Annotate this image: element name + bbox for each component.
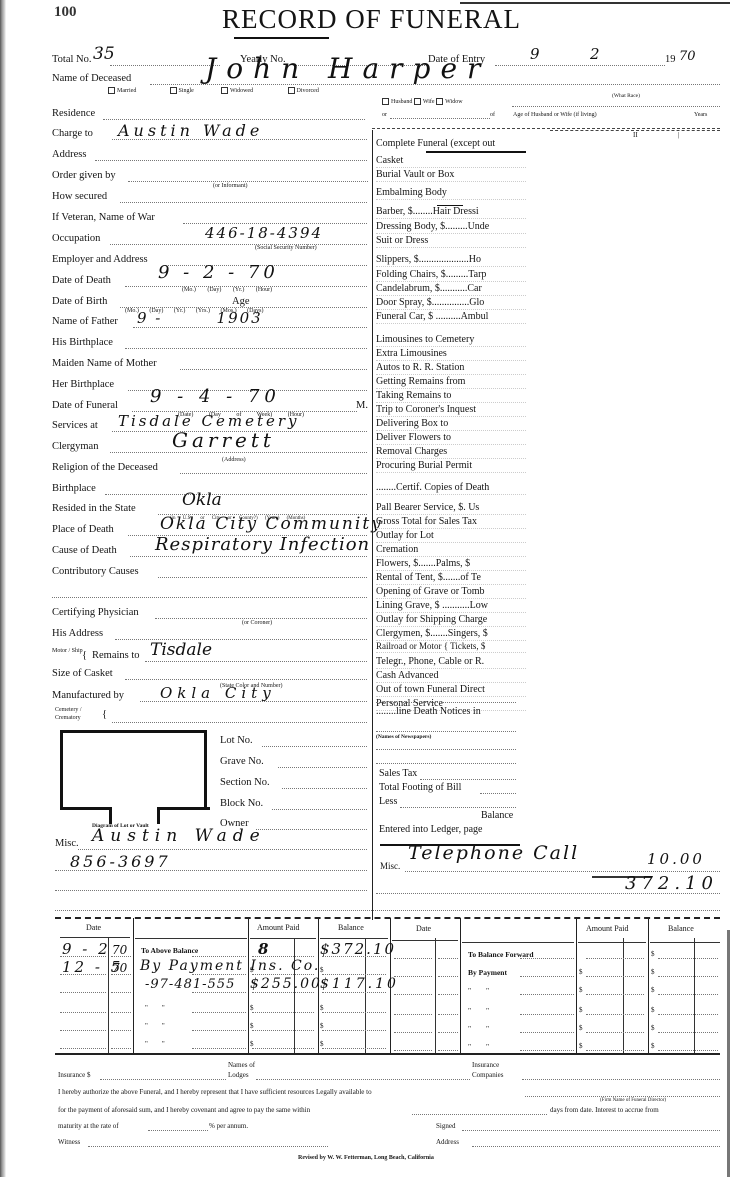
- witness-field[interactable]: [88, 1146, 328, 1147]
- days-field[interactable]: [412, 1114, 547, 1115]
- date-of-death-value: 9 - 2 - 70: [158, 262, 279, 283]
- ledger-balance: $: [320, 1040, 324, 1048]
- ledger-right-date-header: Date: [416, 924, 431, 933]
- his-birthplace-label: His Birthplace: [52, 337, 113, 349]
- date-of-funeral-value: 9 - 4 - 70: [150, 386, 281, 407]
- cause-of-death-field[interactable]: [130, 556, 367, 557]
- newspapers-sublabel: (Names of Newspapers): [376, 734, 431, 740]
- ledger-right-date-field[interactable]: [394, 994, 432, 995]
- ledger-right-desc-field[interactable]: [520, 1032, 574, 1033]
- charge-item-field[interactable]: [376, 682, 526, 683]
- ledger-date-field[interactable]: [60, 1048, 106, 1049]
- date-of-birth-label: Date of Birth: [52, 296, 107, 308]
- charge-item: Dressing Body, $.........Unde: [376, 221, 489, 233]
- lot-diagram-edge: [109, 807, 112, 824]
- ledger-page-label: Entered into Ledger, page: [379, 824, 482, 836]
- dotted-line: [495, 65, 665, 66]
- separator: [372, 128, 720, 129]
- firm-name-sublabel: (Firm Name of Funeral Director): [600, 1098, 666, 1103]
- ledger-col-line: [133, 918, 134, 1053]
- what-race-label: (What Race): [612, 93, 640, 99]
- charge-item: Flowers, $.......Palms, $: [376, 558, 470, 570]
- ledger-col-line: [576, 918, 577, 1053]
- ledger-right-desc-field[interactable]: [520, 1050, 574, 1051]
- ledger-right-desc-field[interactable]: [520, 1014, 574, 1015]
- ledger-right-year-field[interactable]: [438, 958, 458, 959]
- ledger-right-desc: " ": [468, 986, 489, 995]
- charge-item: Cash Advanced: [376, 670, 439, 682]
- remains-to-field[interactable]: [145, 661, 367, 662]
- size-of-casket-label: Size of Casket: [52, 668, 113, 680]
- charge-item: Removal Charges: [376, 446, 447, 458]
- charge-item-field[interactable]: [376, 309, 526, 310]
- charge-item-field[interactable]: [376, 668, 526, 669]
- ledger-right-date-field[interactable]: [394, 976, 432, 977]
- address-label: Address: [52, 149, 86, 161]
- charge-item-field[interactable]: [376, 570, 526, 571]
- ledger-col-line: [460, 918, 461, 1053]
- misc-right-field[interactable]: [405, 871, 720, 872]
- ledger-right-paid: $: [579, 1006, 583, 1014]
- charge-item: Out of town Funeral Direct: [376, 684, 485, 696]
- total-footing-label: Total Footing of Bill: [379, 782, 461, 794]
- balance-label: Balance: [481, 810, 516, 822]
- witness-label: Witness: [58, 1138, 80, 1146]
- charge-item-field[interactable]: [376, 247, 526, 248]
- residence-field: [103, 119, 365, 120]
- ledger-right-balance: $: [651, 950, 655, 958]
- ledger-desc: " ": [145, 1004, 165, 1012]
- ledger-right-desc: " ": [468, 1006, 489, 1015]
- informant-sublabel: (or Informant): [213, 183, 248, 189]
- spouse-options: Husband Wife Widow: [382, 98, 463, 105]
- sales-tax-label: Sales Tax: [379, 768, 417, 780]
- section-no-field[interactable]: [282, 788, 367, 789]
- ledger-right-balance-field[interactable]: [658, 1050, 718, 1051]
- ledger-balance: $: [320, 966, 324, 974]
- ledger-col-line: [435, 938, 436, 1053]
- ledger-right-paid-field[interactable]: [586, 958, 644, 959]
- charge-item-field[interactable]: [376, 494, 526, 495]
- date-of-entry-year[interactable]: 70: [679, 49, 696, 64]
- maturity-text: maturity at the rate of: [58, 1122, 119, 1130]
- years-label: Years: [694, 112, 707, 118]
- birthplace-field[interactable]: [105, 494, 367, 495]
- charge-item: Extra Limousines: [376, 348, 447, 360]
- clergyman-field[interactable]: [110, 452, 367, 453]
- ledger-right-paid: $: [579, 1024, 583, 1032]
- total-no-value[interactable]: 35: [93, 44, 115, 64]
- charge-item: Delivering Box to: [376, 418, 448, 430]
- scan-edge: [0, 0, 6, 1177]
- checkbox-wife[interactable]: Wife: [414, 99, 435, 105]
- lodges-field[interactable]: [256, 1079, 470, 1080]
- address-field[interactable]: [95, 160, 367, 161]
- clergyman-value: Garrett: [172, 428, 275, 452]
- ledger-right-date-field[interactable]: [394, 958, 432, 959]
- charge-item-field[interactable]: [376, 556, 526, 557]
- ledger-year-field[interactable]: [111, 1030, 131, 1031]
- charge-item: Gross Total for Sales Tax: [376, 516, 477, 528]
- ledger-right-paid-field[interactable]: [586, 1032, 644, 1033]
- itemized-charges: Complete Funeral (except outCasketBurial…: [376, 138, 526, 728]
- lot-no-label: Lot No.: [220, 735, 253, 747]
- ledger-right-paid-field[interactable]: [586, 976, 644, 977]
- charge-item: Outlay for Lot: [376, 530, 434, 542]
- total-no-label: Total No.: [52, 54, 92, 66]
- ledger-date: 9 - 2: [62, 940, 111, 958]
- companies-label: Companies: [472, 1071, 504, 1079]
- charge-item-field[interactable]: [376, 612, 526, 613]
- charge-item: Clergymen, $.......Singers, $: [376, 628, 488, 640]
- ledger-right-year-field[interactable]: [438, 1014, 458, 1015]
- companies-field[interactable]: [522, 1079, 720, 1080]
- dotted-line: [390, 118, 490, 119]
- ledger-desc-field[interactable]: [192, 1048, 246, 1049]
- newspapers-field[interactable]: [376, 731, 516, 732]
- ledger-head-rule: [462, 942, 574, 943]
- checkbox-single[interactable]: Single: [170, 87, 220, 94]
- footer-address-field[interactable]: [472, 1146, 720, 1147]
- ledger-paid-field[interactable]: [252, 974, 314, 975]
- ledger-bottom-rule: [55, 1053, 720, 1055]
- tick-mark: II: [633, 131, 638, 139]
- charge-item: Pall Bearer Service, $. Us: [376, 502, 479, 514]
- ledger-date-header: Date: [86, 923, 101, 932]
- misc-field[interactable]: [78, 849, 367, 850]
- date-of-entry-day[interactable]: 2: [590, 45, 600, 63]
- lot-diagram-edge: [157, 807, 210, 810]
- ledger-right-balance-header: Balance: [668, 924, 694, 933]
- death-notices-dots[interactable]: [376, 702, 516, 703]
- charge-item: Telegr., Phone, Cable or R.: [376, 656, 484, 668]
- charge-item: Casket: [376, 155, 403, 167]
- ledger-right-balance-field[interactable]: [658, 958, 718, 959]
- date-of-death-label: Date of Death: [52, 275, 111, 287]
- misc-label: Misc.: [55, 838, 79, 850]
- ledger-right-desc: " ": [468, 1024, 489, 1033]
- ledger-right-year-field[interactable]: [438, 1032, 458, 1033]
- year-prefix: 19: [665, 54, 676, 66]
- charge-item-field[interactable]: [376, 346, 526, 347]
- charge-item: Autos to R. R. Station: [376, 362, 464, 374]
- ledger-right-balance-field[interactable]: [658, 994, 718, 995]
- ledger-right-paid-field[interactable]: [586, 1014, 644, 1015]
- sales-tax-field[interactable]: [420, 779, 516, 780]
- misc-right-value: Telephone Call: [408, 842, 579, 864]
- ledger-right-balance: $: [651, 1042, 655, 1050]
- ledger-right-desc-field[interactable]: [520, 994, 574, 995]
- ledger-paid: $: [250, 1022, 254, 1030]
- ledger-desc-field[interactable]: [192, 974, 246, 975]
- ledger-right-balance-field[interactable]: [658, 1032, 718, 1033]
- charge-item-field[interactable]: [376, 374, 526, 375]
- ledger-right-balance: $: [651, 1006, 655, 1014]
- ledger-right-paid-field[interactable]: [586, 1050, 644, 1051]
- payment-text: for the payment of aforesaid sum, and I …: [58, 1106, 310, 1114]
- charge-item-field[interactable]: [376, 199, 526, 200]
- ledger-col-line: [648, 918, 649, 1053]
- block-no-field[interactable]: [272, 809, 367, 810]
- charge-item: Lining Grave, $ ...........Low: [376, 600, 488, 612]
- ledger-paid-field[interactable]: [252, 1012, 314, 1013]
- ledger-paid: $: [250, 966, 254, 974]
- charge-item-field[interactable]: [376, 458, 526, 459]
- lot-no-field[interactable]: [262, 746, 367, 747]
- charge-item-field[interactable]: [376, 444, 526, 445]
- charge-item-field[interactable]: [376, 472, 526, 473]
- name-of-deceased-value[interactable]: John Harper: [205, 52, 490, 85]
- remains-to-label: Remains to: [92, 650, 140, 662]
- religion-label: Religion of the Deceased: [52, 462, 158, 474]
- charge-item-field[interactable]: [376, 528, 526, 529]
- ledger-balance-field[interactable]: [322, 992, 386, 993]
- newspapers-field-3[interactable]: [376, 763, 516, 764]
- lot-diagram-edge: [60, 807, 112, 810]
- grand-total: 372.10: [625, 873, 718, 894]
- charge-item-field[interactable]: [376, 402, 526, 403]
- ledger-balance-field[interactable]: [322, 974, 386, 975]
- ledger-date-field[interactable]: [60, 1012, 106, 1013]
- less-field[interactable]: [400, 807, 516, 808]
- ledger-right-desc: " ": [468, 1042, 489, 1051]
- ledger-right-paid: $: [579, 968, 583, 976]
- ledger-balance-field[interactable]: [322, 1030, 386, 1031]
- ledger-balance-field[interactable]: [322, 1012, 386, 1013]
- authorization-text: I hereby authorize the above Funeral, an…: [58, 1088, 372, 1096]
- death-notices-label: ........line Death Notices in: [376, 706, 481, 718]
- ledger-date-field[interactable]: [60, 1030, 106, 1031]
- ledger-head-rule: [250, 938, 316, 939]
- charge-item-field[interactable]: [376, 696, 526, 697]
- mother-name-field[interactable]: [180, 369, 367, 370]
- brace: {: [102, 709, 107, 721]
- charge-item-field[interactable]: [376, 584, 526, 585]
- charge-item: Slippers, $....................Ho: [376, 254, 481, 266]
- ledger-balance-header: Balance: [338, 923, 364, 932]
- title-underline: [234, 37, 329, 39]
- misc-name-value: Austin Wade: [92, 826, 266, 846]
- father-name-field[interactable]: [133, 327, 367, 328]
- misc-field-3[interactable]: [55, 890, 367, 891]
- ledger-balance: $372.10: [320, 940, 396, 958]
- ledger-right-paid: $: [579, 1042, 583, 1050]
- charge-item-field[interactable]: [376, 218, 526, 219]
- interest-rate-field[interactable]: [148, 1130, 208, 1131]
- date-of-entry-month[interactable]: 9: [530, 45, 540, 63]
- ledger-desc: By Payment Ins. Co.: [140, 958, 320, 974]
- ledger-right-desc-field[interactable]: [520, 958, 574, 959]
- firm-name-field[interactable]: [525, 1096, 720, 1097]
- ledger-right-date-field[interactable]: [394, 1032, 432, 1033]
- ledger-date-field[interactable]: [60, 992, 106, 993]
- grave-no-label: Grave No.: [220, 756, 264, 768]
- ledger-head-rule: [392, 940, 458, 941]
- meridian-label: M.: [356, 400, 368, 412]
- charge-item: Folding Chairs, $.........Tarp: [376, 269, 486, 281]
- ledger-right-date-field[interactable]: [394, 1014, 432, 1015]
- charge-item-field[interactable]: [376, 360, 526, 361]
- ledger-balance: $117.10: [320, 976, 399, 992]
- charge-item-field[interactable]: [376, 323, 526, 324]
- ledger-right-paid-field[interactable]: [586, 994, 644, 995]
- newspapers-field-2[interactable]: [376, 749, 516, 750]
- charge-item-field[interactable]: [376, 266, 526, 267]
- ledger-right-desc-field[interactable]: [520, 976, 574, 977]
- date-of-funeral-label: Date of Funeral: [52, 400, 118, 412]
- his-address-label: His Address: [52, 628, 103, 640]
- lot-diagram-edge: [157, 807, 160, 824]
- ledger-head-rule: [650, 942, 720, 943]
- charge-item-field[interactable]: [376, 295, 526, 296]
- occupation-label: Occupation: [52, 233, 100, 245]
- cause-of-death-value: Respiratory Infection: [155, 534, 370, 555]
- charge-item: Embalming Body: [376, 187, 447, 199]
- veteran-war-label: If Veteran, Name of War: [52, 212, 155, 224]
- ledger-right-balance-field[interactable]: [658, 976, 718, 977]
- ledger-balance-field[interactable]: [322, 1048, 386, 1049]
- ledger-right-balance-field[interactable]: [658, 1014, 718, 1015]
- misc-field-4[interactable]: [55, 910, 720, 911]
- ledger-desc-field[interactable]: [192, 1012, 246, 1013]
- charge-item-field[interactable]: [376, 181, 526, 182]
- charge-item-field[interactable]: [376, 416, 526, 417]
- charge-item-field[interactable]: [376, 167, 526, 168]
- checkbox-widow[interactable]: Widow: [436, 99, 462, 105]
- insurance-field[interactable]: [100, 1079, 226, 1080]
- charge-item: Opening of Grave or Tomb: [376, 586, 485, 598]
- order-given-by-field[interactable]: [128, 181, 368, 182]
- ledger-year: 70: [112, 943, 127, 957]
- checkbox-widowed[interactable]: Widowed: [221, 87, 286, 94]
- form-credit: Revised by W. W. Fetterman, Long Beach, …: [298, 1155, 434, 1161]
- less-label: Less: [379, 796, 397, 808]
- ledger-right-year-field[interactable]: [438, 1050, 458, 1051]
- charge-item-field[interactable]: [376, 233, 526, 234]
- dotted-line: [512, 106, 720, 107]
- grave-no-field[interactable]: [278, 767, 367, 768]
- signature-field[interactable]: [462, 1130, 720, 1131]
- charge-item-field[interactable]: [376, 626, 526, 627]
- charge-item-field[interactable]: [376, 652, 526, 653]
- ledger-right-year-field[interactable]: [438, 976, 458, 977]
- ledger-head-rule: [320, 938, 388, 939]
- residence-label: Residence: [52, 108, 95, 120]
- charge-item: Procuring Burial Permit: [376, 460, 472, 472]
- ledger-paid-mark: 8: [258, 940, 268, 958]
- resided-in-state-label: Resided in the State: [52, 503, 136, 515]
- charge-item-field[interactable]: [376, 598, 526, 599]
- of-label: of: [490, 112, 495, 118]
- ledger-balance: $: [320, 1004, 324, 1012]
- cemetery-crematory-label: Cemetery / Crematory: [55, 706, 95, 722]
- manufactured-by-label: Manufactured by: [52, 690, 124, 702]
- contributory-causes-field[interactable]: [158, 577, 367, 578]
- size-of-casket-field[interactable]: [125, 679, 367, 680]
- charge-item: Suit or Dress: [376, 235, 428, 247]
- charge-item-field[interactable]: [376, 430, 526, 431]
- coroner-sublabel: (or Coroner): [242, 620, 272, 626]
- birthplace-label: Birthplace: [52, 483, 96, 495]
- how-secured-label: How secured: [52, 191, 107, 203]
- clergy-address-sublabel: (Address): [222, 457, 246, 463]
- total-footing-field[interactable]: [480, 793, 516, 794]
- ledger-col-line: [248, 918, 249, 1053]
- ledger-right-balance: $: [651, 986, 655, 994]
- contributory-causes-field-2[interactable]: [52, 597, 367, 598]
- ledger-right-balance: $: [651, 968, 655, 976]
- ledger-paid-field[interactable]: [252, 1030, 314, 1031]
- mother-name-label: Maiden Name of Mother: [52, 358, 157, 370]
- remains-to-value: Tisdale: [150, 640, 212, 660]
- checkbox-married[interactable]: Married: [108, 87, 168, 94]
- ledger-right-year-field[interactable]: [438, 994, 458, 995]
- religion-field[interactable]: [180, 473, 367, 474]
- checkbox-divorced[interactable]: Divorced: [288, 87, 348, 94]
- ledger-desc: -97-481-555: [145, 977, 235, 992]
- his-birthplace-field[interactable]: [125, 348, 367, 349]
- cemetery-field[interactable]: [112, 722, 367, 723]
- charge-item-field[interactable]: [376, 281, 526, 282]
- ssn-sublabel: (Social Security Number): [255, 245, 317, 251]
- misc-phone-value: 856-3697: [70, 852, 171, 871]
- charge-item: Deliver Flowers to: [376, 432, 451, 444]
- footer-address-label: Address: [436, 1138, 459, 1146]
- tick-mark: |: [678, 131, 679, 139]
- days-text: days from date. Interest to accrue from: [550, 1106, 659, 1114]
- ledger-right-desc: By Payment: [468, 968, 507, 977]
- ledger-top-rule: [55, 917, 720, 919]
- charge-item: Cremation: [376, 544, 418, 556]
- ledger-paid-field[interactable]: [252, 1048, 314, 1049]
- brace: {: [82, 650, 87, 662]
- ledger-desc-field[interactable]: [192, 1030, 246, 1031]
- clergyman-label: Clergyman: [52, 441, 98, 453]
- ledger-paid-field[interactable]: [252, 992, 314, 993]
- ledger-desc-field[interactable]: [192, 992, 246, 993]
- ledger-year: 70: [112, 961, 127, 975]
- employer-label: Employer and Address: [52, 254, 148, 266]
- ledger-year-field[interactable]: [111, 1048, 131, 1049]
- charge-item: Rental of Tent, $.......of Te: [376, 572, 481, 584]
- charge-item-field[interactable]: [376, 514, 526, 515]
- date-of-death-sublabel: (Mo.) (Day) (Yr.) (Hour): [182, 287, 272, 293]
- how-secured-field[interactable]: [120, 202, 367, 203]
- charge-item: ........Certif. Copies of Death: [376, 482, 489, 494]
- ledger-year-field[interactable]: [111, 992, 131, 993]
- checkbox-husband[interactable]: Husband: [382, 99, 412, 105]
- ledger-desc-field[interactable]: [192, 956, 246, 957]
- owner-field[interactable]: [256, 829, 367, 830]
- lodges-label: Lodges: [228, 1071, 249, 1079]
- marital-status-options: Married Single Widowed Divorced: [108, 87, 348, 94]
- name-of-deceased-label: Name of Deceased: [52, 73, 131, 85]
- charge-item-field[interactable]: [376, 388, 526, 389]
- ledger-head-rule: [135, 938, 247, 939]
- charge-item: Funeral Car, $ ..........Ambul: [376, 311, 488, 323]
- charge-item: Railroad or Motor { Tickets, $: [376, 640, 485, 652]
- ledger-year-field[interactable]: [111, 1012, 131, 1013]
- resided-value: Okla: [182, 490, 222, 510]
- certifying-physician-field[interactable]: [155, 618, 367, 619]
- charge-item-field[interactable]: [376, 542, 526, 543]
- section-no-label: Section No.: [220, 777, 270, 789]
- occupation-field[interactable]: [110, 244, 367, 245]
- block-no-label: Block No.: [220, 798, 263, 810]
- ledger-right-date-field[interactable]: [394, 1050, 432, 1051]
- place-of-death-label: Place of Death: [52, 524, 114, 536]
- ledger-paid: $255.00: [250, 976, 322, 992]
